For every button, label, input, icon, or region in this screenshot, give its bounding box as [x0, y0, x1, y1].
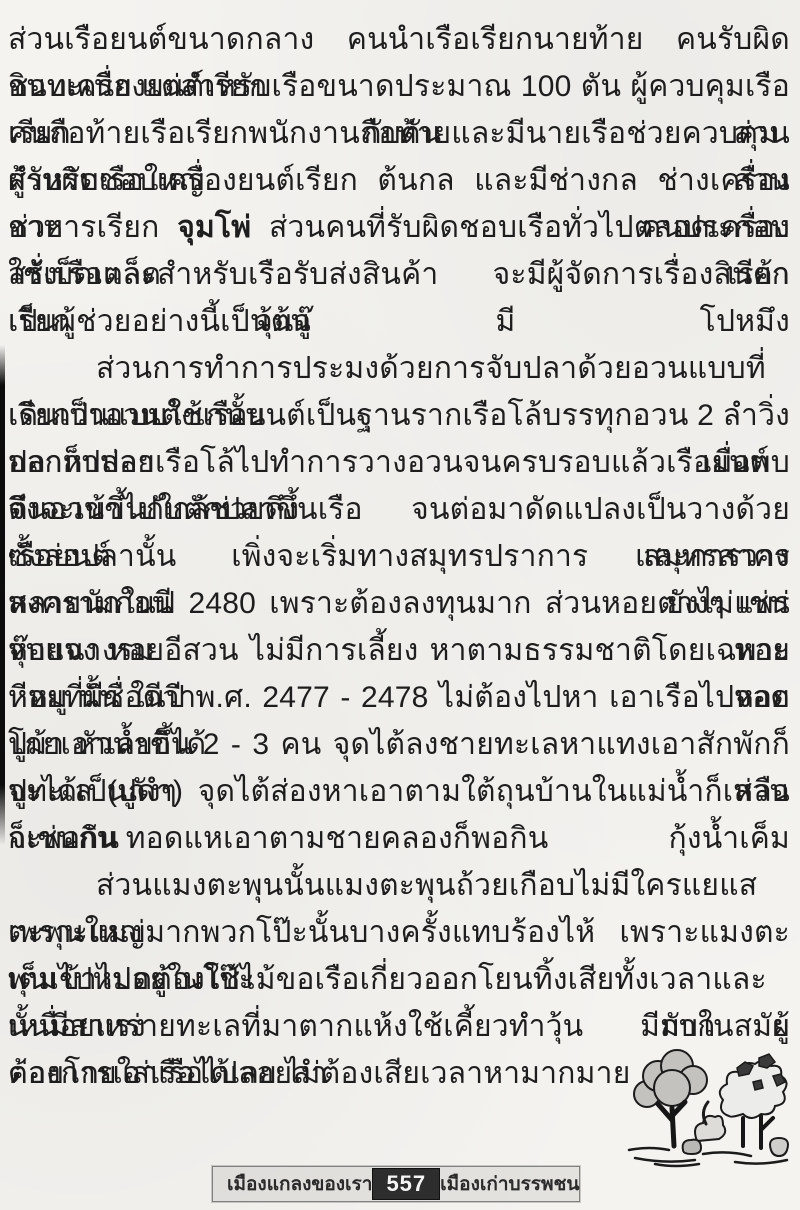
footer-page-bar: เมืองแกลงของเรา 557 เมืองเก่าบรรพชน: [212, 1166, 580, 1202]
text-line: ตีนอวนขึ้นกับตักปลาขึ้นเรือ จนต่อมาดัดแป…: [8, 486, 790, 533]
text-line: ปลาก็ปล่อยเรือโล้ไปทำการวางอวนจนครบรอบแล…: [8, 439, 790, 486]
text-line: คนถือท้ายเรือเรียกพนักงานถือท้ายและมีนาย…: [8, 110, 790, 157]
text-line: อาหารเรียก จุมโพ่ ส่วนคนที่รับผิดชอบเรือ…: [8, 204, 790, 251]
trees-illustration: [625, 1046, 793, 1168]
text-line: เดินเป็นแบบใช้เรือยนต์เป็นฐานรากเรือโล้บ…: [8, 392, 790, 439]
text-line: ส่วนการทำการประมงด้วยการจับปลาด้วยอวนแบบ…: [8, 345, 790, 392]
footer-left-title: เมืองแกลงของเรา: [227, 1169, 372, 1199]
scan-gutter-shadow: [0, 345, 5, 845]
text-line: ปูม้า หัวน้ำขึ้น 2 - 3 คน จุดไต้ลงชายทะเ…: [8, 721, 790, 768]
scanned-book-page: ส่วนเรือยนต์ขนาดกลาง คนนำเรือเรียกนายท้า…: [0, 0, 800, 1210]
text-line: ซั้งล่อปลานั้น เพิ่งจะเริ่มทางสมุทรปรากา…: [8, 533, 790, 580]
text-line: หีหมู นั้น ในปี พ.ศ. 2477 - 2478 ไม่ต้อง…: [8, 674, 790, 721]
footer-right-title: เมืองเก่าบรรพชน: [440, 1169, 579, 1199]
text-line: ส่วนเรือยนต์ขนาดกลาง คนนำเรือเรียกนายท้า…: [8, 16, 790, 63]
text-line: สรั่งเรือและสำหรับเรือรับส่งสินค้า จะมีผ…: [8, 251, 790, 298]
document-body: ส่วนเรือยนต์ขนาดกลาง คนนำเรือเรียกนายท้า…: [8, 16, 790, 1097]
text-line: นั้นมีสาหร่ายทะเลที่มาตากแห้งใช้เคี้ยวทำ…: [8, 1003, 790, 1050]
text-line: ผู้รับผิดชอบเครื่องยนต์เรียก ต้นกล และมี…: [8, 157, 790, 204]
text-line: หลายนักในปี 2480 เพราะต้องลงทุนมาก ส่วนห…: [8, 580, 790, 627]
text-line: ปูทะเล (ปูดำ) จุดไต้ส่องหาเอาตามใต้ถุนบ้…: [8, 768, 790, 815]
text-line: อินทะเนีย แต่สำหรับเรือขนาดประมาณ 100 ตั…: [8, 63, 790, 110]
text-line: จุ๊บแจง หอยอีสวน ไม่มีการเลี้ยง หาตามธรร…: [8, 627, 790, 674]
page-number: 557: [372, 1168, 440, 1200]
text-line: เต็มไปหมดต้องใช้ไม้ขอเรือเกี่ยวออกโยนทิ้…: [8, 956, 790, 1003]
text-line: ตะพุนใหญ่มากพวกโป๊ะนั้นบางครั้งแทบร้องไห…: [8, 909, 790, 956]
text-line: ส่วนแมงตะพุนนั้นแมงตะพุนถ้วยเกือบไม่มีใค…: [8, 862, 790, 909]
